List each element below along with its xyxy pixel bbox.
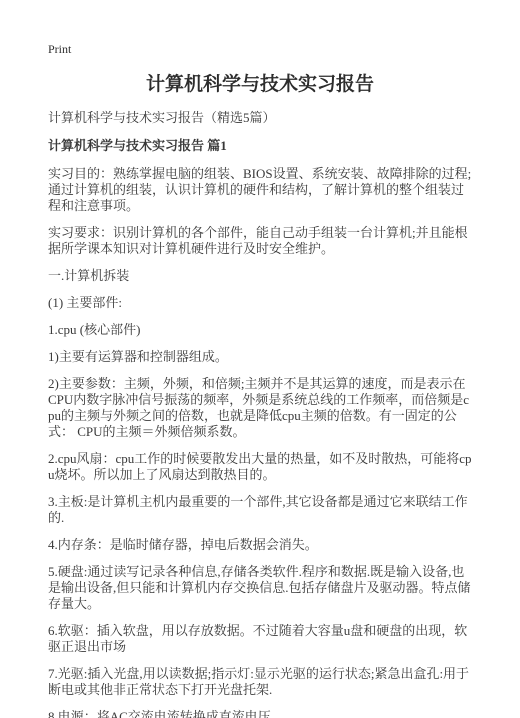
section-heading: 计算机科学与技术实习报告 篇1 (48, 138, 472, 154)
paragraph: 5.硬盘:通过读写记录各种信息,存储各类软件.程序和数据.既是输入设备,也是输出… (48, 564, 472, 612)
paragraph: 1.cpu (核心部件) (48, 322, 472, 338)
document-body: 实习目的：熟练掌握电脑的组装、BIOS设置、系统安装、故障排除的过程;通过计算机… (48, 166, 472, 718)
page-title: 计算机科学与技术实习报告 (48, 73, 472, 97)
paragraph: 一.计算机拆装 (48, 268, 472, 284)
document-page: Print 计算机科学与技术实习报告 计算机科学与技术实习报告（精选5篇） 计算… (0, 0, 520, 718)
paragraph: 实习要求：识别计算机的各个部件，能自己动手组装一台计算机;并且能根据所学课本知识… (48, 225, 472, 257)
paragraph: 1)主要有运算器和控制器组成。 (48, 349, 472, 365)
paragraph: 8.电源：将AC交流电流转换成直流电压。 (48, 709, 472, 718)
document-subtitle: 计算机科学与技术实习报告（精选5篇） (48, 110, 472, 126)
paragraph: 6.软驱：插入软盘，用以存放数据。不过随着大容量u盘和硬盘的出现，软驱正退出市场 (48, 623, 472, 655)
paragraph: 7.光驱:插入光盘,用以读数据;指示灯:显示光驱的运行状态;紧急出盒孔:用于断电… (48, 666, 472, 698)
print-link[interactable]: Print (48, 42, 71, 57)
paragraph: (1) 主要部件: (48, 295, 472, 311)
paragraph: 实习目的：熟练掌握电脑的组装、BIOS设置、系统安装、故障排除的过程;通过计算机… (48, 166, 472, 214)
paragraph: 2)主要参数：主频，外频，和倍频;主频并不是其运算的速度，而是表示在CPU内数字… (48, 376, 472, 440)
paragraph: 2.cpu风扇：cpu工作的时候要散发出大量的热量，如不及时散热，可能将cpu烧… (48, 451, 472, 483)
paragraph: 3.主板:是计算机主机内最重要的一个部件,其它设备都是通过它来联结工作的. (48, 494, 472, 526)
paragraph: 4.内存条：是临时储存器，掉电后数据会消失。 (48, 537, 472, 553)
